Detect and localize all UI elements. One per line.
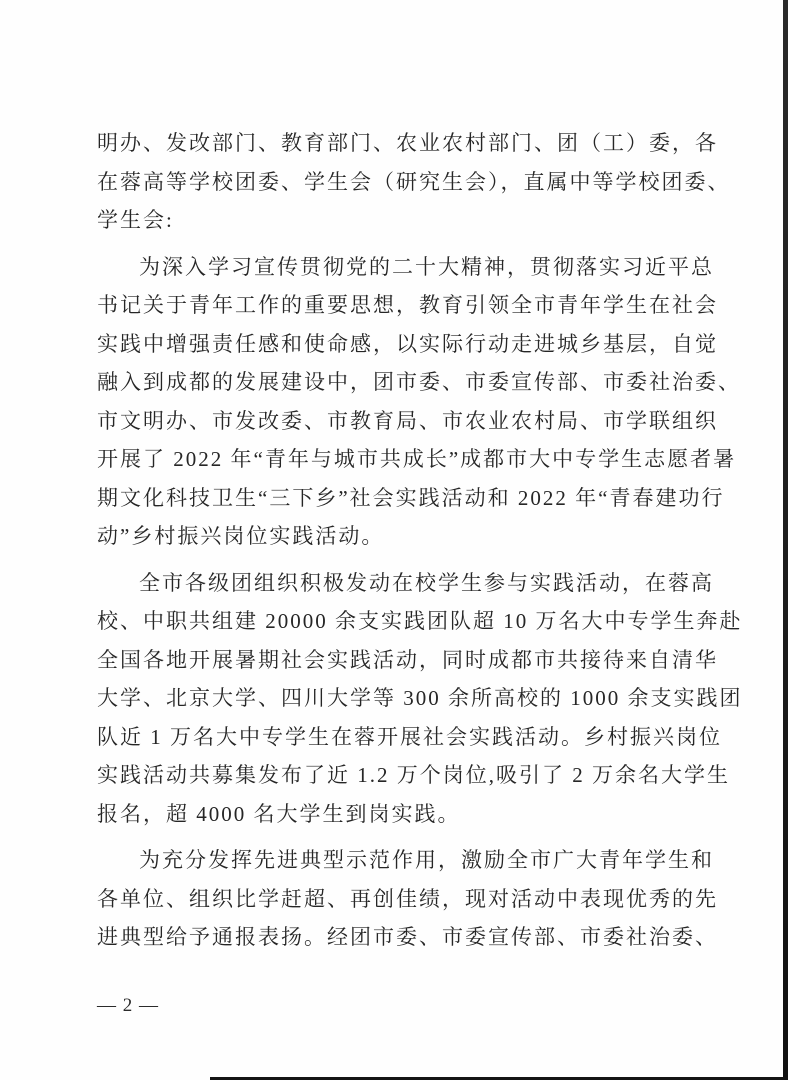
text-line: 报名，超 4000 名大学生到岗实践。 bbox=[97, 795, 691, 834]
text-line: 明办、发改部门、教育部门、农业农村部门、团（工）委，各 bbox=[97, 124, 691, 163]
text-line: 学生会: bbox=[97, 201, 691, 240]
text-line: 开展了 2022 年“青年与城市共成长”成都市大中专学生志愿者暑 bbox=[97, 440, 691, 479]
paragraph: 全市各级团组织积极发动在校学生参与实践活动，在蓉高校、中职共组建 20000 余… bbox=[97, 564, 691, 834]
text-line: 在蓉高等学校团委、学生会（研究生会），直属中等学校团委、 bbox=[97, 163, 691, 202]
text-line: 为深入学习宣传贯彻党的二十大精神，贯彻落实习近平总 bbox=[97, 248, 691, 287]
text-line: 校、中职共组建 20000 余支实践团队超 10 万名大中专学生奔赴 bbox=[97, 602, 691, 641]
page-number: — 2 — bbox=[97, 995, 159, 1017]
paragraph: 为深入学习宣传贯彻党的二十大精神，贯彻落实习近平总书记关于青年工作的重要思想，教… bbox=[97, 248, 691, 556]
document-page: 明办、发改部门、教育部门、农业农村部门、团（工）委，各在蓉高等学校团委、学生会（… bbox=[0, 0, 788, 1080]
text-line: 期文化科技卫生“三下乡”社会实践活动和 2022 年“青春建功行 bbox=[97, 479, 691, 518]
text-line: 实践中增强责任感和使命感，以实际行动走进城乡基层，自觉 bbox=[97, 325, 691, 364]
text-line: 大学、北京大学、四川大学等 300 余所高校的 1000 余支实践团 bbox=[97, 679, 691, 718]
text-line: 进典型给予通报表扬。经团市委、市委宣传部、市委社治委、 bbox=[97, 918, 691, 957]
text-line: 实践活动共募集发布了近 1.2 万个岗位,吸引了 2 万余名大学生 bbox=[97, 756, 691, 795]
text-line: 动”乡村振兴岗位实践活动。 bbox=[97, 517, 691, 556]
text-line: 为充分发挥先进典型示范作用，激励全市广大青年学生和 bbox=[97, 841, 691, 880]
document-body: 明办、发改部门、教育部门、农业农村部门、团（工）委，各在蓉高等学校团委、学生会（… bbox=[97, 124, 691, 957]
paragraph: 为充分发挥先进典型示范作用，激励全市广大青年学生和各单位、组织比学赶超、再创佳绩… bbox=[97, 841, 691, 957]
text-line: 各单位、组织比学赶超、再创佳绩，现对活动中表现优秀的先 bbox=[97, 880, 691, 919]
text-line: 队近 1 万名大中专学生在蓉开展社会实践活动。乡村振兴岗位 bbox=[97, 718, 691, 757]
text-line: 书记关于青年工作的重要思想，教育引领全市青年学生在社会 bbox=[97, 286, 691, 325]
text-line: 市文明办、市发改委、市教育局、市农业农村局、市学联组织 bbox=[97, 402, 691, 441]
scan-edge-right bbox=[783, 0, 788, 1080]
paragraph: 明办、发改部门、教育部门、农业农村部门、团（工）委，各在蓉高等学校团委、学生会（… bbox=[97, 124, 691, 240]
text-line: 全市各级团组织积极发动在校学生参与实践活动，在蓉高 bbox=[97, 564, 691, 603]
text-line: 融入到成都的发展建设中，团市委、市委宣传部、市委社治委、 bbox=[97, 363, 691, 402]
text-line: 全国各地开展暑期社会实践活动，同时成都市共接待来自清华 bbox=[97, 641, 691, 680]
